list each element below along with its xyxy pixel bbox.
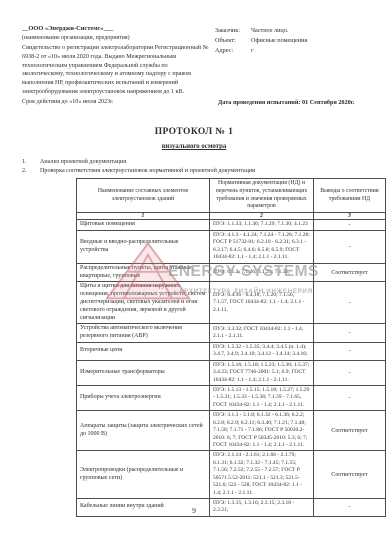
org-name-caption: (наименование организации, предприятия) <box>22 34 210 43</box>
section-list: 1. Анализ проектной документации 2. Пров… <box>22 158 382 176</box>
element-name-cell: Электропроводки (распределительные и гру… <box>77 451 210 499</box>
list-item-text: Проверка соответствия электроустановок н… <box>40 167 382 176</box>
verdict-cell: - <box>314 324 386 343</box>
table-row: Вводные и вводно-распределительные устро… <box>77 231 386 264</box>
nd-cell: ПУЭ: 6.1.2; 7.1.26; 3.1.23; 7.1.31; <box>210 263 314 282</box>
table-row: Измерительные трансформаторы ПУЭ: 1.5.16… <box>77 360 386 385</box>
element-name-cell: Аппараты защиты (защита электрических се… <box>77 411 210 451</box>
org-info-block: __ООО «Энерджи-Системс»___ (наименование… <box>22 24 210 107</box>
verdict-cell: - <box>314 231 386 264</box>
verdict-cell: Соответствует <box>314 263 386 282</box>
table-row: Аппараты защиты (защита электрических се… <box>77 411 386 451</box>
element-name-cell: Распределительные пункты, щиты этажные, … <box>77 263 210 282</box>
list-item-number: 1. <box>22 158 40 167</box>
document-page: __ООО «Энерджи-Системс»___ (наименование… <box>0 0 388 550</box>
customer-value: Частное лицо. <box>251 26 380 36</box>
verdict-cell: Соответствует <box>314 451 386 499</box>
nd-cell: ПУЭ: 1.5.16; 1.5.18; 1.5.23; 1.5.36; 1.5… <box>210 360 314 385</box>
element-name-cell: Щиты и щитки для питания наружного освещ… <box>77 282 210 324</box>
column-number-row: 1 2 3 <box>77 213 386 220</box>
element-name-cell: Приборы учета электроэнергии <box>77 386 210 411</box>
table-row: Щитовые помещения ПУЭ: 1.1.33; 1.1.36; 7… <box>77 220 386 231</box>
list-item-number: 2. <box>22 167 40 176</box>
list-item: 2. Проверка соответствия электроустаново… <box>22 167 382 176</box>
nd-cell: ПУЭ: 4.1.3 - 4.1.24; 7.1.24 - 7.1.26; 7.… <box>210 231 314 264</box>
verdict-cell: - <box>314 386 386 411</box>
column-number: 3 <box>314 213 386 220</box>
address-row: Адрес: г <box>215 46 380 56</box>
column-header-verdict: Выводы о соответствии требованиям НД <box>314 179 386 213</box>
org-name: __ООО «Энерджи-Системс»___ <box>22 24 210 33</box>
customer-label: Заказчик: <box>215 26 251 36</box>
column-header-nd: Нормативная документация (НД) и перечень… <box>210 179 314 213</box>
element-name-cell: Щитовые помещения <box>77 220 210 231</box>
nd-cell: ПУЭ: 6.4.16 - 6.4.18; 7.1.20; 7.1.56, 7.… <box>210 282 314 324</box>
compliance-table: Наименование составных элементов электро… <box>76 178 386 517</box>
table-row: Электропроводки (распределительные и гру… <box>77 451 386 499</box>
table-row: Вторичные цепи ПУЭ: 1.5.32 - 1.5.35; 3.4… <box>77 342 386 360</box>
element-name-cell: Устройства автоматического включения рез… <box>77 324 210 343</box>
object-value: Офисные помещения <box>251 36 380 46</box>
address-value: г <box>251 46 380 56</box>
object-label: Объект: <box>215 36 251 46</box>
verdict-cell: - <box>314 282 386 324</box>
element-name-cell: Вторичные цепи <box>77 342 210 360</box>
nd-cell: ПУЭ: 3.3.32; ГОСТ 10434-82: 1.1 - 1.4, 2… <box>210 324 314 343</box>
table-row: Устройства автоматического включения рез… <box>77 324 386 343</box>
element-name-cell: Измерительные трансформаторы <box>77 360 210 385</box>
protocol-subtitle: визуального осмотра <box>0 143 388 150</box>
protocol-title: ПРОТОКОЛ № 1 <box>0 127 388 137</box>
column-header-elements: Наименование составных элементов электро… <box>77 179 210 213</box>
customer-info-block: Заказчик: Частное лицо. Объект: Офисные … <box>215 26 380 56</box>
address-label: Адрес: <box>215 46 251 56</box>
table-row: Приборы учета электроэнергии ПУЭ: 1.5.13… <box>77 386 386 411</box>
verdict-cell: - <box>314 342 386 360</box>
license-validity: Срок действия до «10» июля 2023г. <box>22 98 210 107</box>
verdict-cell: - <box>314 360 386 385</box>
column-number: 2 <box>210 213 314 220</box>
license-text: Свидетельство о регистрации электролабор… <box>22 44 210 97</box>
table-row: Распределительные пункты, щиты этажные, … <box>77 263 386 282</box>
nd-cell: ПУЭ: 1.5.13 - 1.5.15; 1.5.18; 1.5.27; 1.… <box>210 386 314 411</box>
element-name-cell: Вводные и вводно-распределительные устро… <box>77 231 210 264</box>
nd-cell: ПУЭ: 2.1.14 - 2.1.61; 2.1.66 - 2.1.79; 6… <box>210 451 314 499</box>
test-date-line: Дата проведения испытаний: 01 Сентября 2… <box>218 99 354 106</box>
page-number: 9 <box>0 506 388 515</box>
object-row: Объект: Офисные помещения <box>215 36 380 46</box>
nd-cell: ПУЭ: 3.1.3 - 3.1.8; 6.1.32 - 6.1.36; 6.2… <box>210 411 314 451</box>
nd-cell: ПУЭ: 1.1.33; 1.1.36; 7.1.29; 7.1.30; 4.1… <box>210 220 314 231</box>
list-item: 1. Анализ проектной документации <box>22 158 382 167</box>
customer-row: Заказчик: Частное лицо. <box>215 26 380 36</box>
column-number: 1 <box>77 213 210 220</box>
verdict-cell: Соответствует <box>314 411 386 451</box>
table-row: Щиты и щитки для питания наружного освещ… <box>77 282 386 324</box>
table-header-row: Наименование составных элементов электро… <box>77 179 386 213</box>
list-item-text: Анализ проектной документации <box>40 158 382 167</box>
nd-cell: ПУЭ: 1.5.32 - 1.5.35; 3.4.4; 3.4.5 (п. 1… <box>210 342 314 360</box>
verdict-cell: - <box>314 220 386 231</box>
